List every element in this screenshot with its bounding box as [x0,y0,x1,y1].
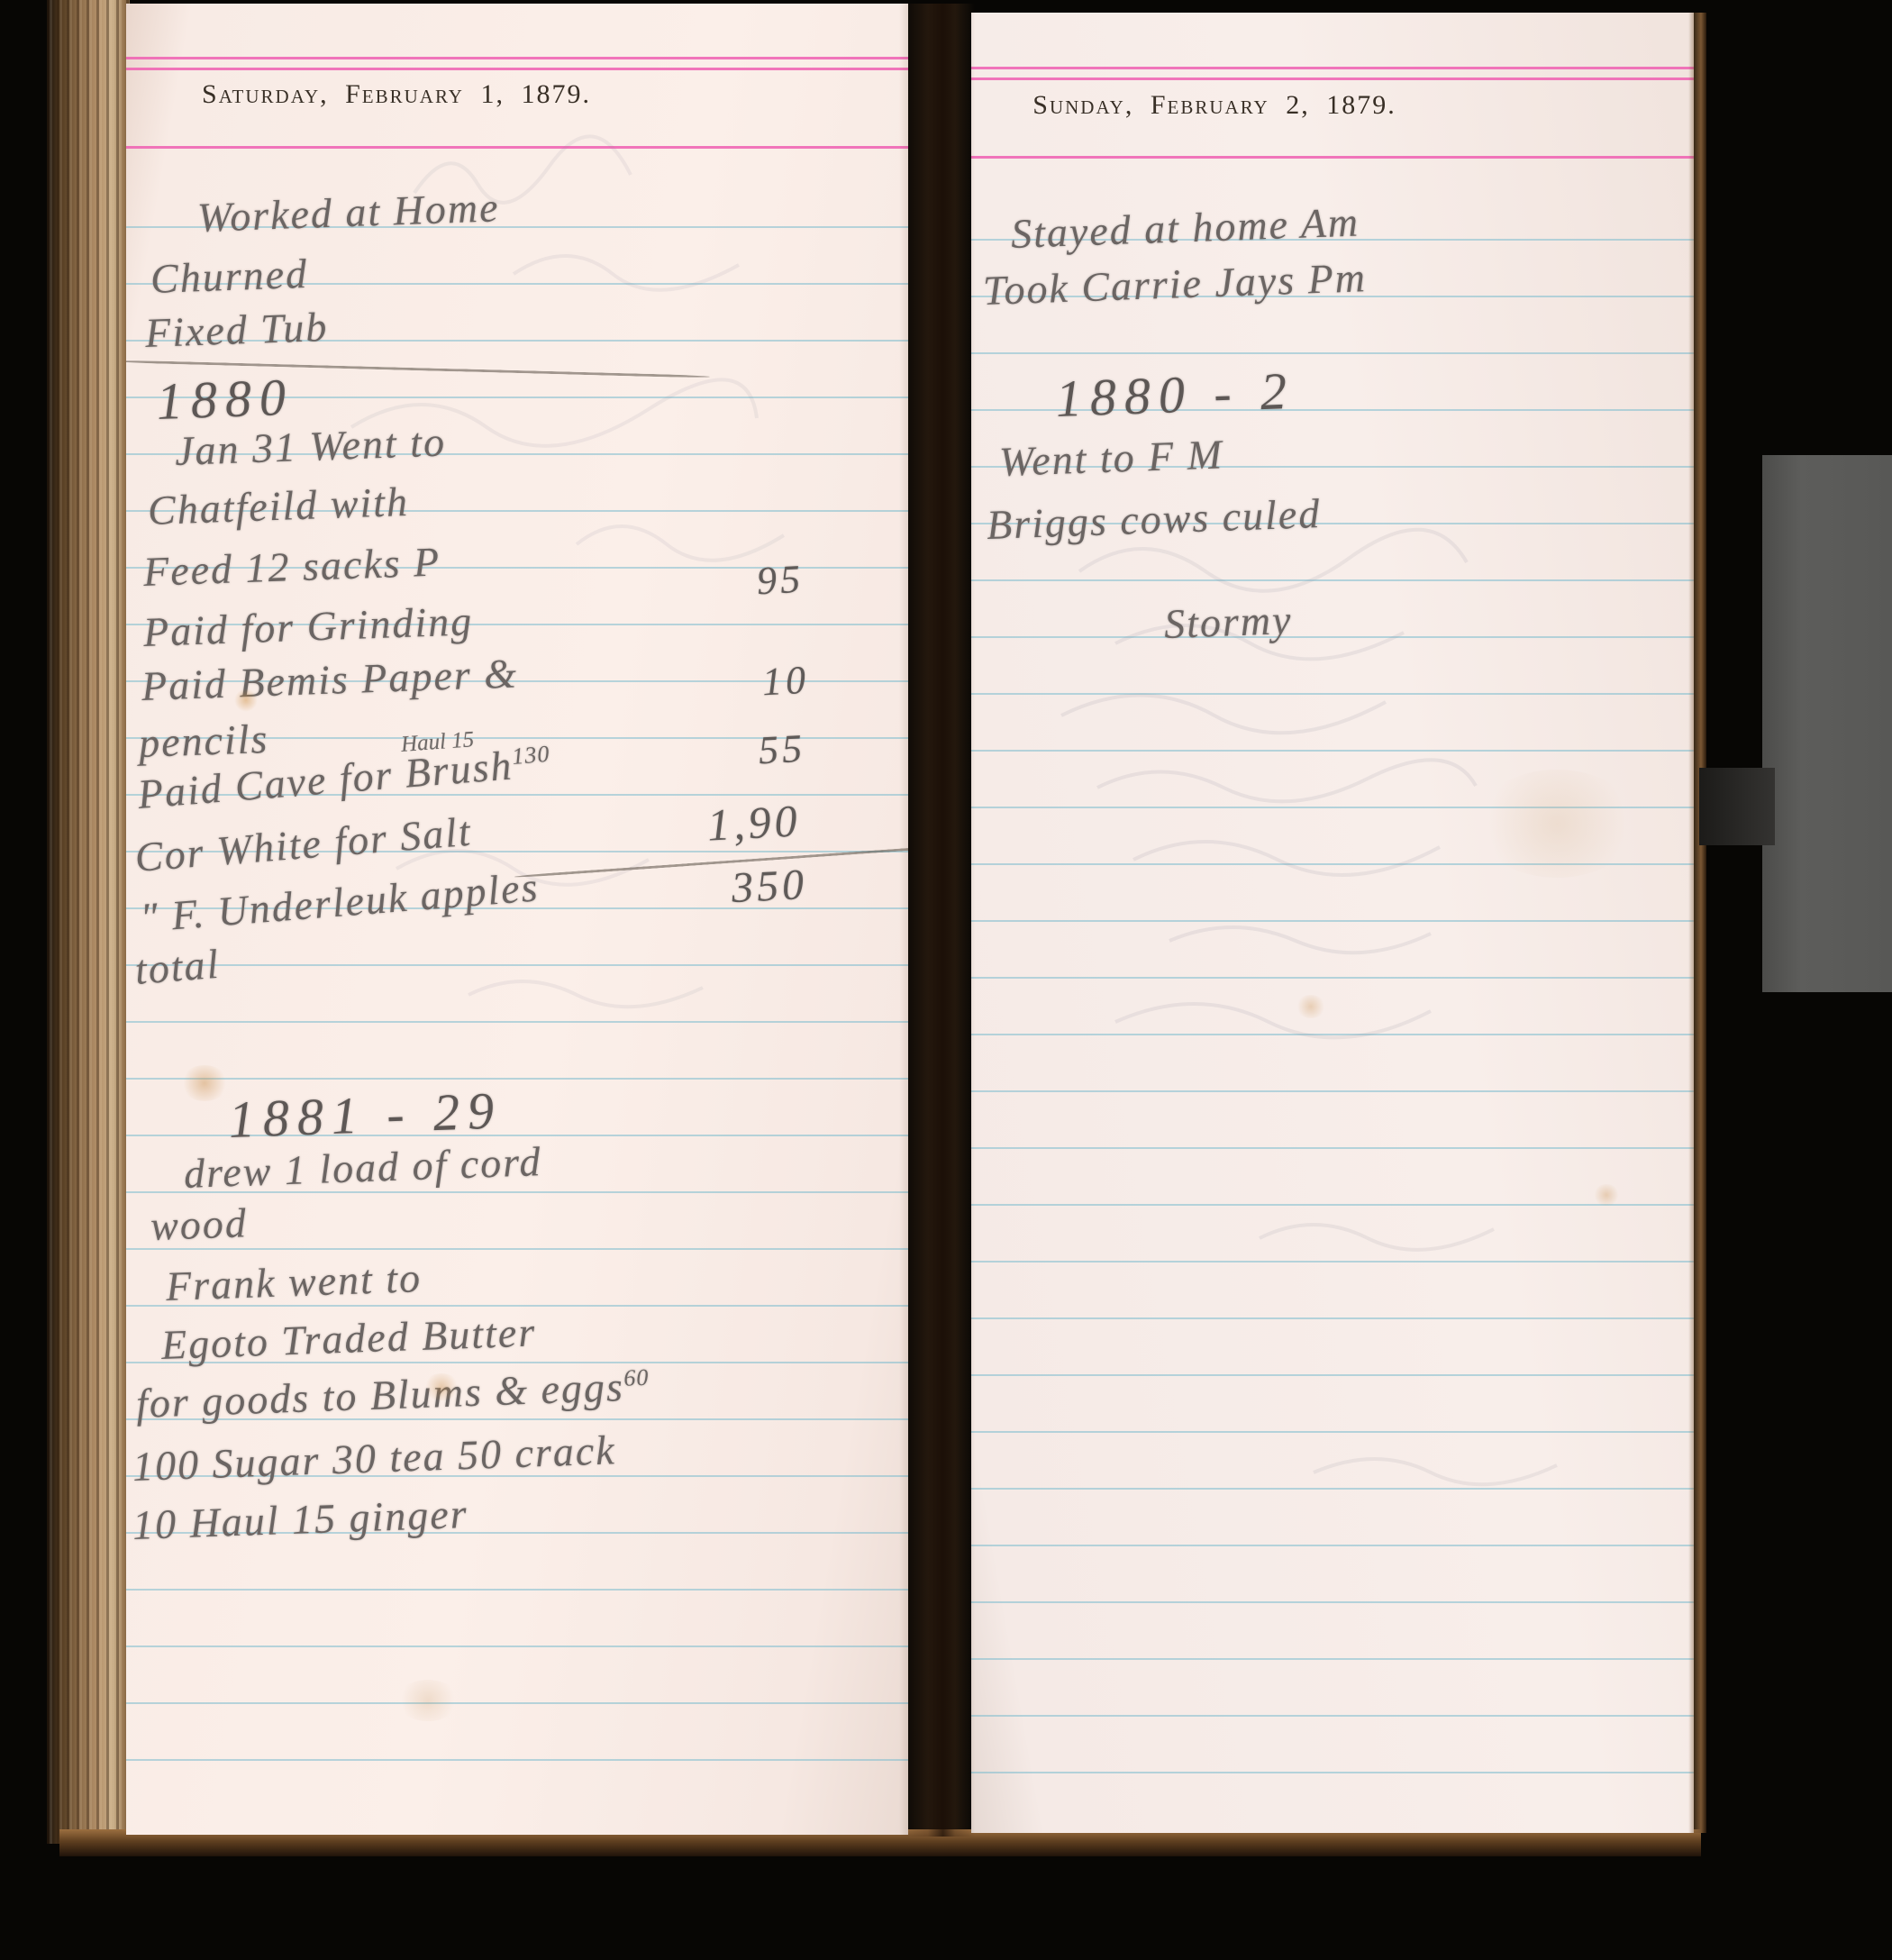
handwritten-amount: 55 [758,725,807,774]
page-header-right: Sunday, February 2, 1879. [998,90,1431,121]
handwritten-line: 1880 - 2 [1055,360,1296,429]
handwritten-superscript: 130 [511,741,550,770]
page-edge-right [1688,13,1706,1833]
page-edge-stack-left [47,0,130,1844]
pink-rule-top-1 [971,67,1694,69]
right-page: Sunday, February 2, 1879. Stayed at home… [971,13,1694,1833]
handwritten-line: Frank went to [165,1253,423,1310]
handwritten-line: pencils [138,715,269,767]
handwritten-line: Stormy [1163,596,1293,648]
clasp-tab [1699,768,1775,845]
handwritten-amount: 10 [761,657,811,706]
handwritten-line: wood [150,1199,248,1250]
pink-rule-below-header [126,146,908,149]
handwritten-line: Fixed Tub [144,303,329,357]
handwritten-amount: 1,90 [706,794,802,851]
handwritten-superscript: 60 [623,1364,650,1391]
handwritten-amount: 95 [756,556,805,605]
clasp-strap [1762,455,1892,992]
scanner-background: Saturday, February 1, 1879. Worked at Ho… [0,0,1892,1960]
handwritten-line: Churned [150,250,309,303]
handwritten-amount: 350 [731,860,809,913]
page-header-left: Saturday, February 1, 1879. [176,79,617,110]
page-gutter [899,4,975,1837]
handwritten-line: 1880 [156,367,295,432]
handwritten-line: Went to F M [998,430,1224,486]
left-page: Saturday, February 1, 1879. Worked at Ho… [126,4,908,1835]
pink-rule-top-2 [971,77,1694,80]
handwritten-line: Jan 31 Went to [174,418,447,475]
pink-rule-top-1 [126,57,908,59]
handwritten-line: total [133,940,222,994]
pink-rule-below-header [971,156,1694,159]
handwritten-line: Chatfeild with [147,478,410,534]
pink-rule-top-2 [126,68,908,70]
